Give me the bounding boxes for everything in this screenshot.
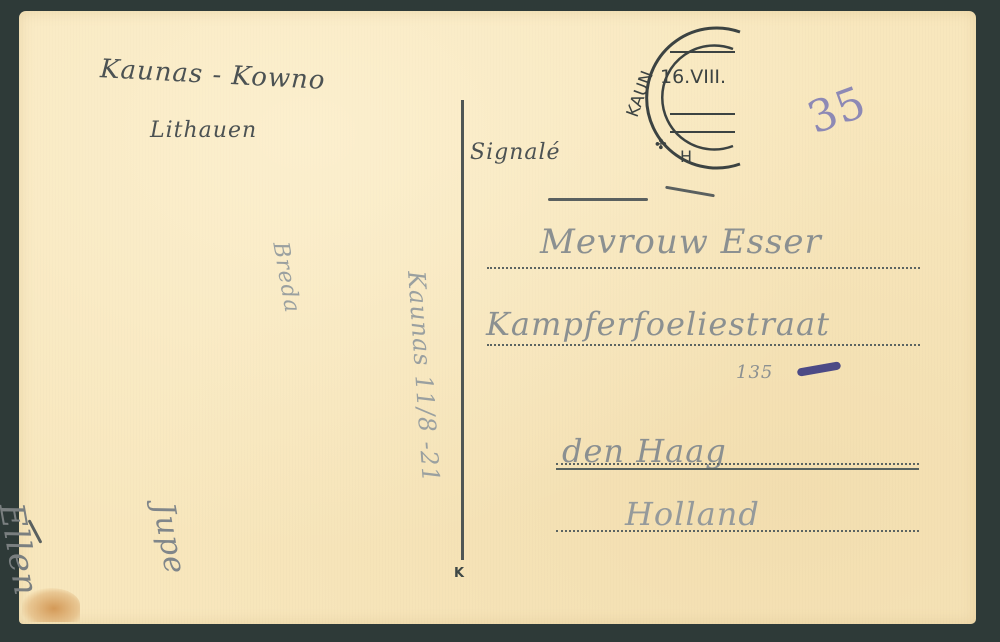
sender-note: Signalé [470,140,561,165]
address-line1 [487,267,920,269]
address-line3-dotted [556,463,919,465]
heading-line2: Lithauen [150,118,257,143]
address-line3-underline [556,468,919,470]
svg-text:✤: ✤ [655,137,667,153]
address-line4-text: Holland [625,495,760,533]
underline-stroke-1 [548,198,648,201]
address-line2 [487,344,920,346]
svg-text:KAUN: KAUN [623,68,658,120]
address-line4 [556,530,919,532]
postmark-date: 16.VIII. [660,66,726,88]
center-divider [461,100,464,560]
address-line1-text: Mevrouw Esser [540,222,822,262]
printer-mark: K [454,566,464,581]
postmark-icon: KAUN H ✤ [615,14,775,174]
address-line2-text: Kampferfoeliestraat [486,305,830,343]
svg-text:H: H [680,147,692,166]
address-line2-number: 135 [736,362,773,383]
